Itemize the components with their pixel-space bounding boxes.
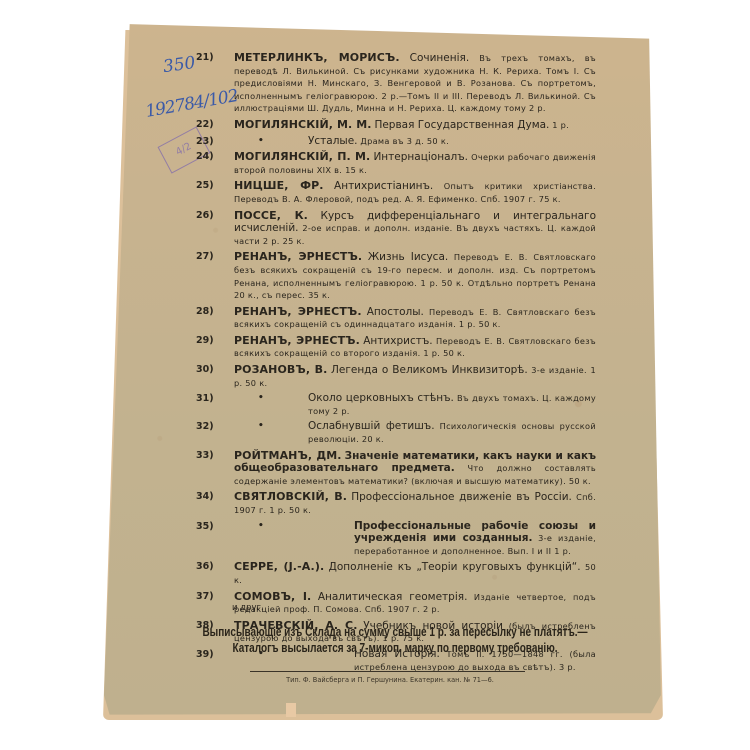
entry-number: 30)	[196, 364, 214, 376]
entry-author: МЕТЕРЛИНКЪ, МОРИСЪ.	[234, 51, 400, 64]
entry-author: ПОССЕ, К.	[234, 209, 308, 222]
entry-title: Усталые.	[308, 135, 358, 147]
entry-number: 24)	[196, 151, 214, 163]
notice-line-2: Каталогъ высылается за 7-микоп. марку по…	[199, 640, 591, 656]
entry-author: РЕНАНЪ, ЭРНЕСТЪ.	[234, 334, 360, 347]
entry-number: 21)	[196, 52, 214, 64]
ditto-mark: •	[258, 421, 264, 433]
entry-number: 25)	[196, 180, 214, 192]
entry-number: 36)	[196, 561, 214, 573]
entry-number: 33)	[196, 450, 214, 462]
catalog-entry: 30)РОЗАНОВЪ, В. Легенда о Великомъ Инкви…	[196, 364, 596, 390]
catalog-entry: 26)ПОССЕ, К. Курсъ дифференціальнаго и и…	[196, 210, 596, 249]
catalog-entry: 31)•Около церковныхъ стѣнъ. Въ двухъ том…	[196, 393, 596, 418]
entry-number: 29)	[196, 335, 214, 347]
etc-note: и друг.	[232, 603, 264, 613]
entry-author: РОЗАНОВЪ, В.	[234, 363, 327, 376]
ordering-notice: Выписывающіе изъ Склада на сумму свыше 1…	[199, 624, 591, 656]
entry-title: Апостолы.	[367, 306, 424, 318]
photo-stage: 350 192784/102 4/2 21)МЕТЕРЛИНКЪ, МОРИСЪ…	[0, 0, 750, 750]
catalog-entry: 28)РЕНАНЪ, ЭРНЕСТЪ. Апостолы. Переводъ Е…	[196, 306, 596, 332]
entry-author: РЕНАНЪ, ЭРНЕСТЪ.	[234, 250, 362, 263]
entry-title: Около церковныхъ стѣнъ.	[308, 392, 454, 404]
printer-imprint: Тип. Ф. Вайсберга и П. Гершунина. Екатер…	[240, 676, 540, 684]
entry-number: 26)	[196, 210, 214, 222]
entry-author: РЕНАНЪ, ЭРНЕСТЪ.	[234, 305, 362, 318]
entry-author: СВЯТЛОВСКІЙ, В.	[234, 490, 347, 503]
ditto-mark: •	[258, 521, 264, 533]
entry-author: МОГИЛЯНСКІЙ, П. М.	[234, 150, 370, 163]
book-list: 21)МЕТЕРЛИНКЪ, МОРИСЪ. Сочиненія. Въ тре…	[196, 52, 596, 677]
torn-edge-notch	[286, 703, 296, 717]
entry-description: Драма въ 3 д. 50 к.	[360, 136, 449, 146]
catalog-entry: 27)РЕНАНЪ, ЭРНЕСТЪ. Жизнь Іисуса. Перево…	[196, 251, 596, 302]
entry-title: Сочиненія.	[410, 52, 470, 64]
entry-title: Аналитическая геометрія.	[318, 591, 468, 603]
catalog-entry: 24)МОГИЛЯНСКІЙ, П. М. Интернаціоналъ. Оч…	[196, 151, 596, 177]
entry-author: СЕРРЕ, (J.-A.).	[234, 560, 324, 573]
ditto-mark: •	[258, 393, 264, 405]
entry-title: Антихристъ.	[363, 335, 432, 347]
entry-number: 27)	[196, 251, 214, 263]
entry-number: 31)	[196, 393, 214, 405]
catalog-entry: 36)СЕРРЕ, (J.-A.). Дополненіе къ „Теоріи…	[196, 561, 596, 587]
entry-title: Первая Государственная Дума.	[374, 119, 549, 131]
catalog-entry: 33)РОЙТМАНЪ, ДМ. Значеніе математики, ка…	[196, 450, 596, 489]
catalog-entry: 29)РЕНАНЪ, ЭРНЕСТЪ. Антихристъ. Переводъ…	[196, 335, 596, 361]
entry-description: 1 р.	[552, 120, 569, 130]
entry-number: 22)	[196, 119, 214, 131]
catalog-entry: 25)НИЦШЕ, ФР. Антихристіанинъ. Опытъ кри…	[196, 180, 596, 206]
entry-number: 34)	[196, 491, 214, 503]
catalog-entry: 35)•Профессіональные рабочіе союзы и учр…	[196, 521, 596, 559]
entry-number: 37)	[196, 591, 214, 603]
catalog-entry: 22)МОГИЛЯНСКІЙ, М. М. Первая Государстве…	[196, 119, 596, 133]
entry-title: Ослабнувшій фетишъ.	[308, 420, 435, 432]
catalog-entry: 32)•Ослабнувшій фетишъ. Психологическія …	[196, 421, 596, 446]
entry-title: Профессіональное движеніе въ Россіи.	[351, 491, 572, 503]
entry-number: 35)	[196, 521, 214, 533]
entry-number: 28)	[196, 306, 214, 318]
entry-title: Жизнь Іисуса.	[368, 251, 448, 263]
entry-title: Антихристіанинъ.	[334, 180, 433, 192]
imprint-divider	[250, 671, 525, 672]
entry-author: НИЦШЕ, ФР.	[234, 179, 324, 192]
notice-line-1: Выписывающіе изъ Склада на сумму свыше 1…	[199, 624, 591, 640]
catalog-entry: 23)•Усталые. Драма въ 3 д. 50 к.	[196, 136, 596, 149]
entry-author: МОГИЛЯНСКІЙ, М. М.	[234, 118, 372, 131]
catalog-entry: 34)СВЯТЛОВСКІЙ, В. Профессіональное движ…	[196, 491, 596, 517]
entry-author: СОМОВЪ, І.	[234, 590, 311, 603]
ditto-mark: •	[258, 136, 264, 148]
entry-title: Интернаціоналъ.	[373, 151, 468, 163]
catalog-entry: 21)МЕТЕРЛИНКЪ, МОРИСЪ. Сочиненія. Въ тре…	[196, 52, 596, 116]
entry-author: РОЙТМАНЪ, ДМ.	[234, 449, 342, 462]
entry-number: 32)	[196, 421, 214, 433]
entry-title: Дополненіе къ „Теоріи круговыхъ функцій“…	[329, 561, 581, 573]
entry-number: 23)	[196, 136, 214, 148]
entry-title: Легенда о Великомъ Инквизиторѣ.	[331, 364, 528, 376]
